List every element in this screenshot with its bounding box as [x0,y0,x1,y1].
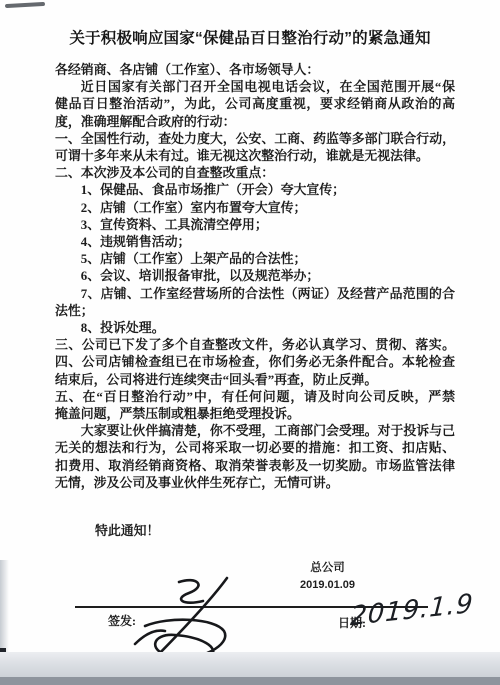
body-line: 结束后，公司将进行连续突击“回头看”再查，防止反弹。 [55,372,455,389]
body-line: 三、公司已下发了多个自查整改文件，务必认真学习、贯彻、落实。 [55,337,455,354]
photo-artifact-bottom-band [0,652,500,677]
photo-artifact-left-edge [0,560,9,655]
document-body: 各经销商、各店铺（工作室）、各市场领导人：近日国家有关部门召开全国电视电话会议，… [55,62,455,492]
body-line: 2、店铺（工作室）室内布置夸大宣传； [55,200,455,217]
body-line: 四、公司店铺检查组已在市场检查，你们务必无条件配合。本轮检查 [55,354,455,371]
document-page: 关于积极响应国家“保健品百日整治行动”的紧急通知 各经销商、各店铺（工作室）、各… [0,0,500,685]
body-line: 掩盖问题，严禁压制或粗暴拒绝受理投诉。 [55,406,455,423]
body-line: 各经销商、各店铺（工作室）、各市场领导人： [55,62,455,79]
body-line: 一、全国性行动，查处力度大，公安、工商、药监等多部门联合行动， [55,131,455,148]
body-line: 二、本次涉及本公司的自查整改重点： [55,165,455,182]
body-line: 7、店铺、工作室经营场所的合法性（两证）及经营产品范围的合 [55,286,455,303]
body-line: 健品百日整治活动”，为此，公司高度重视，要求经销商从政治的高 [55,96,455,113]
body-line: 无关的想法和行为，公司将采取一切必要的措施：扣工资、扣店贴、 [55,440,455,457]
body-line: 度，准确理解配合政府的行动： [55,114,455,131]
body-line: 扣费用、取消经销商资格、取消荣誉表彰及一切奖励。市场监管法律 [55,458,455,475]
document-title: 关于积极响应国家“保健品百日整治行动”的紧急通知 [0,0,500,48]
body-line: 6、会议、培训报备审批，以及规范举办； [55,268,455,285]
body-line: 五、在“百日整治行动”中，有任何问题，请及时向公司反映，严禁 [55,389,455,406]
issuer-name: 总公司 [260,559,395,577]
body-line: 可谓十多年来从未有过。谁无视这次整治行动，谁就是无视法律。 [55,148,455,165]
photo-artifact-bottom-strip [0,677,500,685]
body-line: 大家要让伙伴搞清楚，你不受理，工商部门会受理。对于投诉与己 [55,423,455,440]
closing-line: 特此通知！ [55,523,455,540]
issuer-block: 总公司 2019.01.09 [260,559,395,593]
body-line: 无情，涉及公司及事业伙伴生死存亡，无情可讲。 [55,475,455,492]
body-line: 5、店铺（工作室）上架产品的合法性； [55,251,455,268]
body-line: 法性； [55,303,455,320]
body-line: 8、投诉处理。 [55,320,455,337]
issuer-date: 2019.01.09 [260,577,395,593]
body-line: 近日国家有关部门召开全国电视电话会议，在全国范围开展“保 [55,79,455,96]
body-line: 3、宣传资料、工具流清空停用； [55,217,455,234]
body-line: 4、违规销售活动； [55,234,455,251]
body-line: 1、保健品、食品市场推广（开会）夸大宣传； [55,182,455,199]
